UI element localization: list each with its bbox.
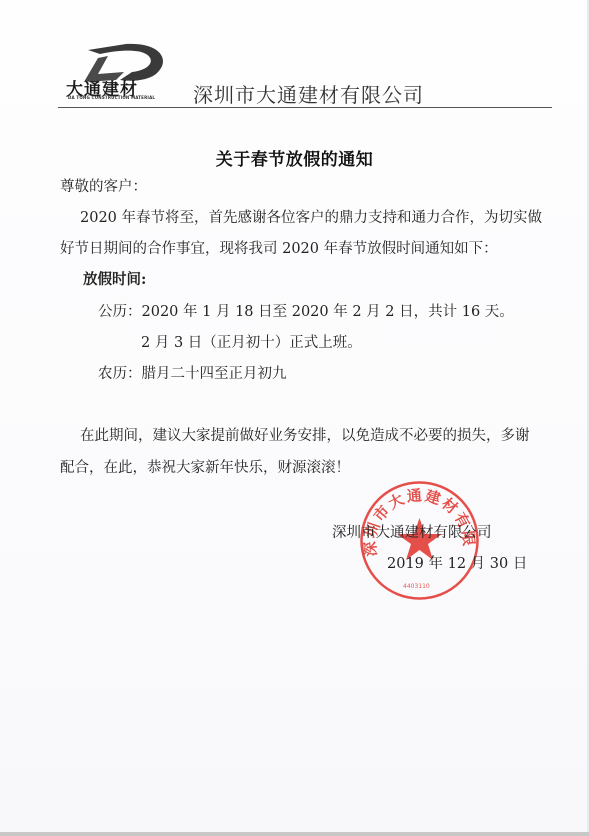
- lunar-dates: 农历：腊月二十四至正月初九: [98, 362, 287, 383]
- header-divider: [58, 107, 552, 108]
- closing-line-1: 在此期间，建议大家提前做好业务安排，以免造成不必要的损失，多谢: [80, 424, 530, 445]
- intro-line-2: 好节日期间的合作事宜，现将我司 2020 年春节放假时间通知如下：: [60, 237, 498, 258]
- signature-company: 深圳市大通建材有限公司: [332, 521, 492, 542]
- gregorian-dates: 公历：2020 年 1 月 18 日至 2020 年 2 月 2 日，共计 16…: [98, 300, 514, 321]
- page-bottom-edge: [0, 832, 589, 836]
- salutation: 尊敬的客户：: [60, 175, 147, 196]
- letterhead-company-name: 深圳市大通建材有限公司: [193, 79, 424, 108]
- logo-english-text: DA TONG CONSTRUCTION MATERIAL: [68, 95, 178, 100]
- document-page: 大通建材 DA TONG CONSTRUCTION MATERIAL 深圳市大通…: [0, 0, 589, 832]
- holiday-heading: 放假时间:: [83, 268, 146, 289]
- signature-date: 2019 年 12 月 30 日: [387, 552, 527, 573]
- seal-code: 4403110: [403, 583, 430, 590]
- closing-line-2: 配合，在此，恭祝大家新年快乐，财源滚滚！: [60, 456, 350, 477]
- return-to-work: 2 月 3 日（正月初十）正式上班。: [141, 331, 362, 352]
- intro-line-1: 2020 年春节将至，首先感谢各位客户的鼎力支持和通力合作，为切实做: [80, 206, 542, 227]
- notice-title: 关于春节放假的通知: [0, 145, 589, 170]
